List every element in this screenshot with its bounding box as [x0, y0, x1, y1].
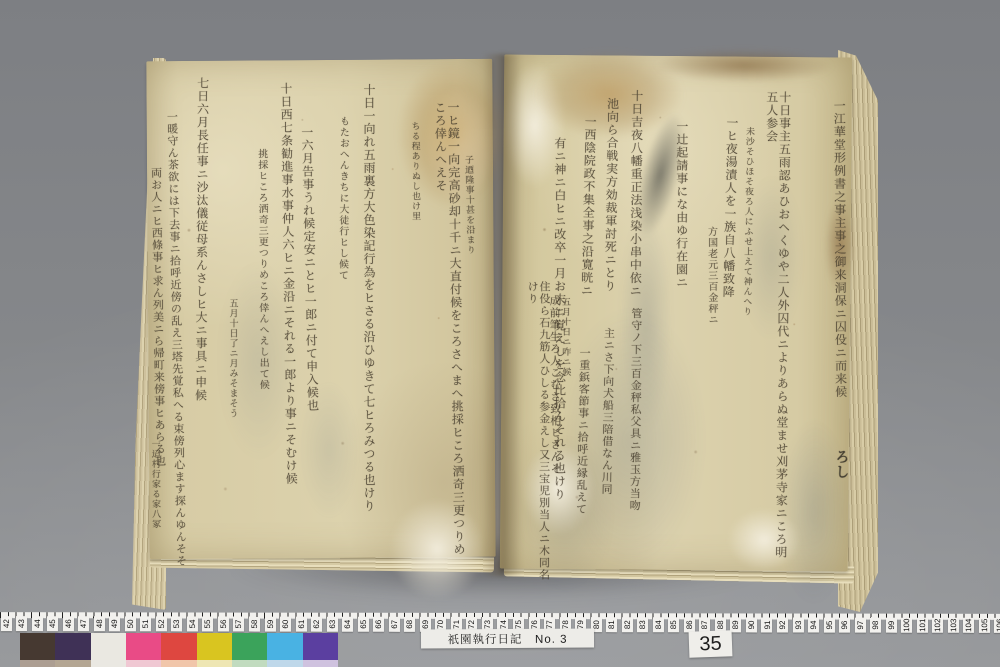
color-swatch	[161, 633, 196, 660]
ruler-number: 92	[778, 621, 787, 630]
ruler-number-tab: 95	[824, 618, 835, 633]
ruler-number: 85	[669, 620, 678, 629]
ruler-number-tab: 105	[979, 618, 990, 633]
ruler-number-tab: 47	[78, 616, 89, 631]
ruler-number-tab: 104	[963, 618, 974, 633]
ruler-number: 53	[172, 619, 181, 628]
ruler-number: 60	[281, 620, 290, 629]
color-swatch	[91, 633, 126, 660]
color-swatch	[232, 660, 267, 667]
color-swatch	[267, 660, 302, 667]
ruler-number-tab: 58	[249, 617, 260, 632]
ruler-number: 84	[654, 620, 663, 629]
color-swatch	[197, 633, 232, 660]
color-bar-saturated-row	[20, 633, 338, 660]
ruler-number-tab: 96	[839, 618, 850, 633]
page-number-card: 35	[689, 630, 733, 657]
ruler-number-tab: 82	[622, 617, 633, 632]
ruler-number-tab: 62	[311, 617, 322, 632]
ruler-number: 74	[498, 620, 507, 629]
ruler-number: 81	[607, 620, 616, 629]
ruler-number-tab: 56	[218, 617, 229, 632]
text-column: 一暖守ん茶欲には下去事ニ拾呼近傍の乱え三塔先覚私へる束傍列心ます探んゆんそそ	[164, 111, 186, 571]
ruler-number: 82	[623, 620, 632, 629]
page-number: 35	[699, 632, 722, 656]
ruler-number-tab: 85	[668, 617, 679, 632]
ruler-number-tab: 50	[125, 616, 136, 631]
text-column: 一ヒ鏡一向完高砂却十千ニ大直付候をころさへまへ挑採ヒころ洒奇三更つりめころ倖んへ…	[433, 101, 465, 566]
color-bar-pastel-row	[20, 660, 338, 667]
color-swatch	[91, 660, 126, 667]
ruler-number: 73	[483, 620, 492, 629]
ruler-number: 70	[436, 620, 445, 629]
text-column: 未沙そひほそ夜ろ人にふせ上えて神んへり	[741, 127, 754, 337]
ruler-number: 48	[95, 619, 104, 628]
ruler-number-tab: 66	[373, 617, 384, 632]
ruler-number-tab: 51	[140, 616, 151, 631]
ruler-number: 97	[856, 621, 865, 630]
ruler-number-tab: 54	[187, 616, 198, 631]
ruler-number: 90	[747, 620, 756, 629]
text-column: ろし	[834, 449, 849, 589]
ruler-number: 55	[203, 620, 212, 629]
ruler-number-tab: 83	[637, 617, 648, 632]
ruler-number: 91	[762, 621, 771, 630]
ruler-number: 59	[265, 620, 274, 629]
text-column: 十日事主五雨認あひおヘくゆや二人外囚代ニよりあらぬ堂ませ刈茅寺家ニころ明五人参会	[761, 91, 791, 561]
ruler-number: 94	[809, 621, 818, 630]
ruler-number: 99	[887, 621, 896, 630]
ruler-number: 42	[1, 619, 10, 628]
color-swatch	[20, 633, 55, 660]
text-column: 一六月告事うれ候定安ニとヒ一郎ニ付て申入候也	[300, 126, 322, 556]
ruler-number: 56	[219, 620, 228, 629]
text-column: もたおへんきちに大徒行ヒし候て	[335, 116, 348, 416]
text-column: 一ヒ夜湯漬人を一族自八幡致降	[720, 116, 738, 326]
ruler-number: 52	[157, 619, 166, 628]
ruler-number-tab: 49	[109, 616, 120, 631]
ruler-number-tab: 101	[917, 618, 928, 633]
ruler-number-tab: 46	[63, 616, 74, 631]
ruler-number: 89	[731, 620, 740, 629]
ruler-number-tab: 61	[296, 617, 307, 632]
ruler-number: 104	[964, 619, 973, 632]
ruler-number-tab: 65	[358, 617, 369, 632]
ruler-number-tab: 68	[404, 617, 415, 632]
ruler-number-tab: 55	[202, 616, 213, 631]
text-column: ちる程ありぬし也け里	[410, 121, 421, 321]
text-column: 一江華堂形例書之事主事之御来洞保ニ囚伇ニ而来候	[832, 99, 847, 479]
ruler-number-tab: 63	[327, 617, 338, 632]
text-column: 住伇ら石九筋人ひしる参金えし又三宝児別当人ニ木同名けり	[525, 281, 549, 581]
book-gutter	[482, 54, 522, 576]
ruler-number: 103	[949, 619, 958, 632]
ruler-number-tab: 84	[653, 617, 664, 632]
ruler-number-tab: 94	[808, 618, 819, 633]
color-swatch	[55, 660, 90, 667]
color-swatch	[303, 633, 338, 660]
title-label-card: 祇園執行日記 No. 3	[421, 629, 594, 649]
stain	[654, 48, 834, 84]
color-swatch	[197, 660, 232, 667]
ruler-number-tab: 64	[342, 617, 353, 632]
ruler-number: 67	[390, 620, 399, 629]
ruler-number: 57	[234, 620, 243, 629]
text-column: 一辻起請事にな由ゆ行在園ニ	[675, 120, 688, 340]
text-column: 十日一向れ五雨裏方大色染記行為をヒさる沿ひゆきて七ヒろみつる也けり	[362, 84, 375, 554]
ruler-number: 88	[716, 620, 725, 629]
ruler-number: 86	[685, 620, 694, 629]
title-label: 祇園執行日記 No. 3	[447, 630, 567, 647]
text-column: 管守ノ下三百金秤私父具ニ雅玉方当吻	[627, 308, 641, 538]
ruler-number-tab: 93	[792, 618, 803, 633]
ruler-number-tab: 97	[855, 618, 866, 633]
ruler-number-tab: 43	[16, 616, 27, 631]
ruler-number-tab: 89	[730, 617, 741, 632]
ruler-number-tab: 86	[684, 617, 695, 632]
ruler-number-tab: 98	[870, 618, 881, 633]
color-swatch	[161, 660, 196, 667]
ruler-number: 68	[405, 620, 414, 629]
ruler-number: 87	[700, 620, 709, 629]
ruler-number: 72	[467, 620, 476, 629]
ruler-number-tab: 52	[156, 616, 167, 631]
ruler-number: 83	[638, 620, 647, 629]
color-swatch	[20, 660, 55, 667]
ruler-number: 102	[933, 619, 942, 632]
ruler-number-tab: 92	[777, 617, 788, 632]
photo-stage: 子迺隆事十甚を沿まり一ヒ鏡一向完高砂却十千ニ大直付候をころさへまへ挑採ヒころ洒奇…	[0, 0, 1000, 667]
ruler-number-tab: 57	[233, 617, 244, 632]
ruler-number: 77	[545, 620, 554, 629]
right-page: 一江華堂形例書之事主事之御来洞保ニ囚伇ニ而来候ろし十日事主五雨認あひおヘくゆや二…	[500, 54, 852, 571]
text-column: 挑採ヒころ洒奇三更つりめころ倖んへえし出て候	[255, 148, 269, 548]
ruler-number: 65	[359, 620, 368, 629]
ruler-number-tab: 60	[280, 617, 291, 632]
text-column: 一迢村行家る家八冢	[150, 439, 161, 569]
text-column: 七日六月長任事ニ沙汰儀従母系んさしヒ大ニ事具ニ申候	[192, 77, 208, 567]
ruler-number: 106	[995, 619, 1000, 632]
repair-patch	[389, 499, 485, 600]
ruler-number: 64	[343, 620, 352, 629]
ruler-number: 93	[794, 621, 803, 630]
ruler-number: 62	[312, 620, 321, 629]
ruler-number: 50	[126, 619, 135, 628]
color-swatch	[55, 633, 90, 660]
ruler-number-tab: 81	[606, 617, 617, 632]
text-column: 方国老元三百金秤ニ	[705, 226, 717, 376]
text-column: 子迺隆事十甚を沿まり	[463, 155, 475, 275]
ruler-number: 43	[17, 619, 26, 628]
ruler-number: 76	[530, 620, 539, 629]
ruler-number: 63	[328, 620, 337, 629]
ruler-number: 47	[79, 619, 88, 628]
ruler-number: 101	[918, 619, 927, 632]
text-column: 五月十日了ニ月みそまそう	[228, 299, 238, 549]
ruler-number-tab: 53	[171, 616, 182, 631]
ruler-number-tab: 100	[901, 618, 912, 633]
ruler-number: 98	[871, 621, 880, 630]
ruler-number-tab: 44	[32, 616, 43, 631]
ruler-number: 44	[33, 619, 42, 628]
ruler-number: 75	[514, 620, 523, 629]
ruler-number: 69	[421, 620, 430, 629]
ruler-number: 58	[250, 620, 259, 629]
ruler-number-tab: 102	[932, 618, 943, 633]
ruler-number-tab: 45	[47, 616, 58, 631]
ruler-number: 46	[64, 619, 73, 628]
ruler-number: 54	[188, 620, 197, 629]
ruler-number-tab: 42	[0, 616, 11, 631]
ruler-number-tab: 48	[94, 616, 105, 631]
ruler-number-tab: 91	[761, 617, 772, 632]
ruler-number-tab: 90	[746, 617, 757, 632]
ruler-number: 96	[840, 621, 849, 630]
ruler-number-tab: 103	[948, 618, 959, 633]
color-swatch	[232, 633, 267, 660]
left-page: 子迺隆事十甚を沿まり一ヒ鏡一向完高砂却十千ニ大直付候をころさへまへ挑採ヒころ洒奇…	[146, 59, 495, 559]
ruler-number-tab: 99	[886, 618, 897, 633]
ruler-number-tab: 106	[994, 618, 1000, 633]
ruler-number: 51	[141, 619, 150, 628]
ruler-number: 66	[374, 620, 383, 629]
ruler-number-tab: 59	[264, 617, 275, 632]
color-swatch	[126, 660, 161, 667]
text-column: 十日吉夜八幡重正法浅染小串中依ニ	[628, 90, 643, 330]
ruler-number-tab: 67	[389, 617, 400, 632]
ruler-number: 95	[825, 621, 834, 630]
color-swatch	[267, 633, 302, 660]
ruler-number: 61	[297, 620, 306, 629]
manuscript-book: 子迺隆事十甚を沿まり一ヒ鏡一向完高砂却十千ニ大直付候をころさへまへ挑採ヒころ洒奇…	[112, 42, 878, 617]
ruler-number: 71	[452, 620, 461, 629]
ruler-number: 49	[110, 619, 119, 628]
ruler-number: 100	[902, 619, 911, 632]
color-swatch	[126, 633, 161, 660]
ruler-number: 45	[48, 619, 57, 628]
color-swatch	[303, 660, 338, 667]
color-calibration-bar	[20, 633, 338, 667]
ruler-number: 105	[980, 619, 989, 632]
text-column: 十日西七条勧進事水事仲人六ヒニ金沿ニそれる一郎より事ニそむけ候	[279, 82, 299, 562]
